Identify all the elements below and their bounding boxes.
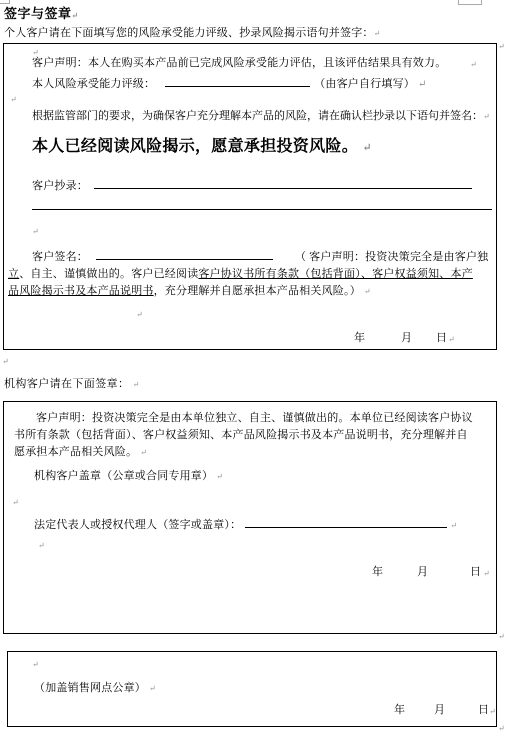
paragraph-mark: ↵ — [448, 335, 455, 344]
assessment-declaration-text: 客户声明：本人在购买本产品前已完成风险承受能力评估，且该评估结果具有效力。 — [32, 57, 446, 69]
date-month-label: 月 — [434, 703, 445, 717]
date-year-label: 年 — [394, 703, 405, 717]
institution-client-box: 客户声明：投资决策完全是由本单位独立、自主、谨慎做出的。本单位已经阅读客户协议 … — [3, 401, 497, 634]
paragraph-mark: ↵ — [364, 287, 371, 296]
date-day-label: 日 — [478, 703, 489, 717]
paragraph-mark: ↵ — [483, 112, 490, 121]
institution-declaration-text: 书所有条款（包括背面）、客户权益须知、本产品风险揭示书及本产品说明书，充分理解并… — [14, 429, 468, 441]
regulator-instruction-text: 根据监管部门的要求，为确保客户充分理解本产品的风险，请在确认栏抄录以下语句并签名… — [32, 110, 483, 122]
page-edge-artifact — [0, 0, 10, 4]
date-month-label: 月 — [401, 331, 412, 345]
paragraph-mark: ↵ — [418, 79, 426, 90]
paragraph-mark: ↵ — [483, 569, 490, 578]
paragraph-mark: ↵ — [2, 357, 9, 366]
paragraph-mark: ↵ — [498, 632, 505, 641]
paragraph-mark: ↵ — [450, 521, 457, 530]
institution-declaration-line-2: 书所有条款（包括背面）、客户权益须知、本产品风险揭示书及本产品说明书，充分理解并… — [14, 427, 492, 444]
rating-blank-field[interactable] — [165, 74, 310, 87]
representative-row: 法定代表人或授权代理人（签字或盖章）： ↵ — [34, 515, 457, 533]
sign-note-underlined: 立 — [8, 268, 19, 280]
paragraph-mark: ↵ — [72, 11, 79, 20]
paragraph-mark: ↵ — [133, 380, 140, 389]
copy-overflow-line[interactable] — [32, 193, 492, 210]
intro-institution: 机构客户请在下面签章： ↵ — [4, 377, 139, 392]
page-edge-artifact — [458, 0, 482, 5]
rating-label: 本人风险承受能力评级： — [32, 78, 155, 90]
paragraph-mark: ↵ — [489, 707, 496, 716]
outlet-seal-row: （加盖销售网点公章） ↵ — [34, 681, 156, 696]
intro-individual: 个人客户请在下面填写您的风险承受能力评级、抄录风险揭示语句并签字：↵ — [4, 26, 380, 41]
signature-line-3: 品风险揭示书及本产品说明书，充分理解并自愿承担本产品相关风险。） ↵ — [8, 283, 498, 300]
date-year-label: 年 — [372, 565, 383, 579]
page-title-text: 签字与签章 — [4, 6, 72, 21]
sign-blank-field[interactable] — [96, 247, 273, 260]
intro-individual-text: 个人客户请在下面填写您的风险承受能力评级、抄录风险揭示语句并签字： — [4, 27, 374, 39]
copy-label: 客户抄录： — [32, 180, 88, 192]
sign-note-text: （ 客户声明：投资决策完全是由客户独 — [295, 251, 488, 263]
sign-label: 客户签名： — [32, 251, 88, 263]
regulator-instruction: 根据监管部门的要求，为确保客户充分理解本产品的风险，请在确认栏抄录以下语句并签名… — [32, 109, 490, 124]
rating-note: （由客户自行填写） — [314, 78, 415, 90]
paragraph-mark: ↵ — [32, 660, 39, 669]
individual-client-box: ↵ 客户声明：本人在购买本产品前已完成风险承受能力评估，且该评估结果具有效力。 … — [3, 43, 497, 350]
assessment-declaration: 客户声明：本人在购买本产品前已完成风险承受能力评估，且该评估结果具有效力。 — [32, 56, 446, 70]
signature-line-2: 立、自主、谨慎做出的。客户已经阅读客户协议书所有条款（包括背面）、客户权益须知、… — [8, 266, 498, 283]
institution-declaration: 客户声明：投资决策完全是由本单位独立、自主、谨慎做出的。本单位已经阅读客户协议 … — [14, 410, 492, 461]
paragraph-mark: ↵ — [374, 29, 381, 38]
institution-seal-row: 机构客户盖章（公章或合同专用章） ↵ — [34, 469, 223, 484]
paragraph-mark: ↵ — [140, 448, 147, 457]
institution-declaration-line-1: 客户声明：投资决策完全是由本单位独立、自主、谨慎做出的。本单位已经阅读客户协议 — [14, 410, 492, 427]
sign-note-underlined: 品风险揭示书及本产品说明书 — [8, 285, 154, 297]
paragraph-mark: ↵ — [10, 95, 17, 104]
risk-statement: 本人已经阅读风险揭示，愿意承担投资风险。 ↵ — [32, 137, 372, 158]
paragraph-mark: ↵ — [32, 227, 39, 236]
copy-blank-field[interactable] — [94, 176, 472, 189]
paragraph-mark: ↵ — [216, 472, 223, 481]
page-title: 签字与签章↵ — [4, 7, 78, 23]
sales-outlet-box: ↵ （加盖销售网点公章） ↵ 年 月 日 ↵ — [7, 651, 497, 727]
date-day-label: 日 — [470, 565, 481, 579]
date-month-label: 月 — [417, 565, 428, 579]
intro-institution-text: 机构客户请在下面签章： — [4, 378, 129, 390]
risk-statement-text: 本人已经阅读风险揭示，愿意承担投资风险。 — [32, 138, 358, 155]
paragraph-mark: ↵ — [470, 60, 477, 69]
signature-paragraph: 客户签名：（ 客户声明：投资决策完全是由客户独 立、自主、谨慎做出的。客户已经阅… — [8, 247, 498, 300]
paragraph-mark: ↵ — [362, 142, 371, 154]
rating-row: 本人风险承受能力评级：（由客户自行填写） ↵ — [32, 74, 426, 92]
date-day-label: 日 — [436, 331, 447, 345]
sign-note-text: 、自主、谨慎做出的。客户已经阅读 — [19, 268, 198, 280]
signature-line-1: 客户签名：（ 客户声明：投资决策完全是由客户独 — [8, 247, 498, 266]
copy-row: 客户抄录： — [32, 176, 472, 193]
date-year-label: 年 — [354, 331, 365, 345]
paragraph-mark: ↵ — [149, 684, 156, 693]
outlet-seal-note: （加盖销售网点公章） — [34, 682, 146, 694]
representative-label: 法定代表人或授权代理人（签字或盖章）： — [34, 519, 241, 531]
paragraph-mark: ↵ — [136, 310, 143, 319]
paragraph-mark: ↵ — [498, 42, 505, 51]
paragraph-mark: ↵ — [498, 724, 505, 731]
document-page: 签字与签章↵ 个人客户请在下面填写您的风险承受能力评级、抄录风险揭示语句并签字：… — [0, 0, 505, 731]
sign-note-underlined: 客户协议书所有条款（包括背面）、客户权益须知、本产 — [198, 268, 473, 280]
paragraph-mark: ↵ — [12, 498, 19, 507]
institution-declaration-text: 愿承担本产品相关风险。 — [14, 446, 137, 458]
sign-note-text: ，充分理解并自愿承担本产品相关风险。） — [154, 285, 361, 297]
paragraph-mark: ↵ — [38, 541, 45, 550]
institution-declaration-text: 客户声明：投资决策完全是由本单位独立、自主、谨慎做出的。本单位已经阅读客户协议 — [36, 412, 473, 424]
institution-declaration-line-3: 愿承担本产品相关风险。 ↵ — [14, 444, 492, 461]
representative-blank-field[interactable] — [245, 515, 447, 528]
institution-seal-label: 机构客户盖章（公章或合同专用章） — [34, 470, 213, 482]
